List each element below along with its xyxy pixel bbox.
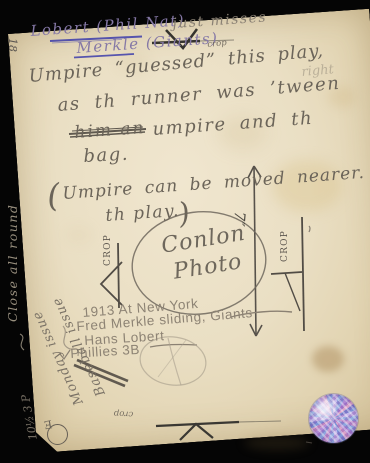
corner-note-3: 10½ 3 P [20, 394, 39, 441]
circled-letter-mark: E [47, 424, 68, 445]
paren-close: ) [176, 198, 192, 229]
note-paren-line2: th play. [105, 203, 180, 225]
crop-label-left: CROP [104, 234, 113, 266]
hologram-sticker-icon [309, 394, 358, 443]
crop-label-bottom: crop [114, 408, 134, 418]
circled-letter: E [44, 418, 54, 430]
credit-line2: Photo [172, 251, 244, 284]
note-line4: bag. [83, 146, 129, 166]
heading-subject-note: just misses [172, 10, 267, 31]
corner-number: 18 [7, 38, 18, 52]
note-paren-line1: Umpire can be moved nearer. [62, 165, 365, 203]
edge-note: Close all round [7, 204, 20, 322]
note-line3: umpire and th [152, 110, 314, 139]
note-line3-struck: him an [74, 120, 146, 142]
crop-label-right: CROP [281, 230, 290, 262]
photo-verso: 18 Lobert (Phil Nat) just misses Merkle … [0, 0, 370, 463]
paren-open: ( [46, 179, 61, 212]
